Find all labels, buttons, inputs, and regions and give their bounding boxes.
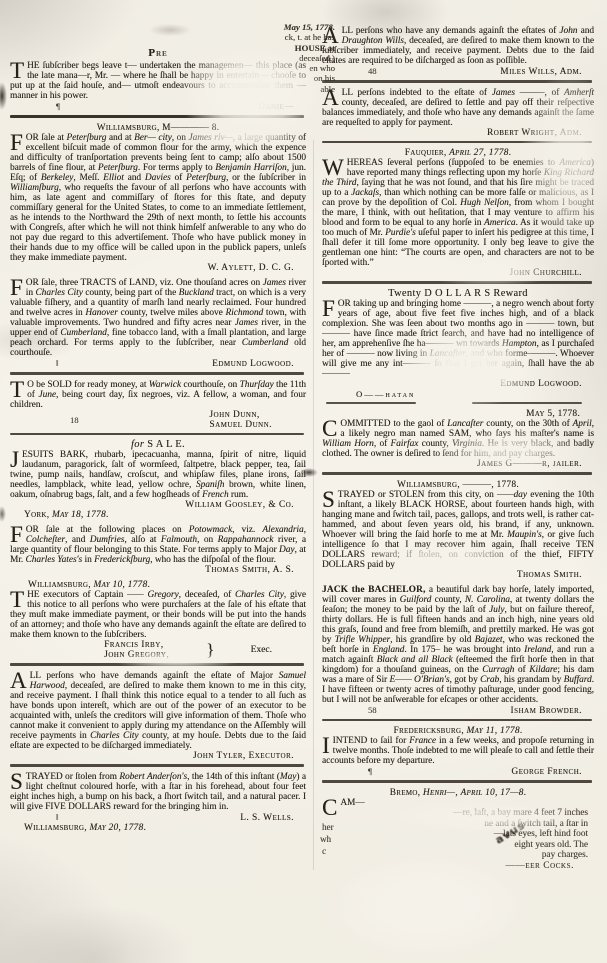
dateline: Williamsburg, M———— 8. xyxy=(10,123,306,133)
signature-row: Edmund Logwood. xyxy=(322,379,594,389)
printer-mark: ¶ xyxy=(56,101,60,111)
fragment-line: en who xyxy=(233,63,335,73)
ad-potowmack-flour: FOR ſale at the following places on Poto… xyxy=(10,525,306,575)
ad-text: a beautiful dark bay horſe, lately impor… xyxy=(322,585,594,705)
signature-row: William Goosley, & Co. xyxy=(10,500,306,510)
ad-text: OR ſale, three TRACTS of LAND, viz. One … xyxy=(10,278,306,358)
ad-header: for S A L E. xyxy=(10,440,306,450)
column-fold-line xyxy=(313,140,314,870)
signature: Thomas Smith, A. S. xyxy=(205,565,294,575)
ad-body: ALL perſons indebted to the eſtate of Ja… xyxy=(322,88,594,128)
faded-line: pay charges. xyxy=(322,850,588,861)
signature-row: James G———r, jailer. xyxy=(322,459,594,469)
signature: Edmund Logwood. xyxy=(500,379,582,389)
section-rule xyxy=(322,402,594,404)
dateline: May 5, 1778. xyxy=(322,409,594,419)
section-rule xyxy=(322,780,592,783)
signature: George French. xyxy=(511,767,582,777)
newspaper-page: May 15, 1778. ck, t. at he has HOUSE at … xyxy=(0,0,607,963)
ad-body: JACK the BACHELOR, a beautiful dark bay … xyxy=(322,585,594,705)
ad-text: LL perſons who have any demands againſt … xyxy=(322,26,594,66)
drop-cap: F xyxy=(10,133,26,152)
drop-cap: J xyxy=(10,450,22,469)
signature: Robert Wright, Adm. xyxy=(487,128,582,138)
ad-text: LL perſons who have demands againſt the … xyxy=(10,671,306,751)
signature-row: Thomas Smith. xyxy=(322,570,594,580)
signature: James G———r, jailer. xyxy=(477,459,582,469)
fragment-line: May 15, 1778. xyxy=(233,22,335,32)
dateline: York, May 18, 1778. xyxy=(10,510,306,520)
ad-body: COMMITTED to the gaol of Lancaſter count… xyxy=(322,419,594,459)
right-column: ALL perſons who have any demands againſt… xyxy=(322,26,594,876)
ad-body: CAM— xyxy=(322,798,594,808)
drop-cap: T xyxy=(10,590,27,609)
signature-row: ¶Danie— xyxy=(10,101,306,112)
ad-body: ALL perſons who have demands againſt the… xyxy=(10,671,306,751)
ad-body: THE executors of Captain —— Gregory, dec… xyxy=(10,590,306,640)
drop-cap: F xyxy=(322,299,338,318)
torn-fragment: May 15, 1778. ck, t. at he has HOUSE at … xyxy=(233,22,335,94)
ad-amherst-estate: ALL perſons indebted to the eſtate of Ja… xyxy=(322,88,594,144)
faded-line: —lats eyes, left hind foot xyxy=(322,829,588,840)
ad-strayed-chestnut-horse: STRAYED or ſtolen from Robert Anderſon's… xyxy=(10,772,306,833)
signature: Samuel Dunn. xyxy=(209,420,272,430)
signature: Thomas Smith. xyxy=(517,570,582,580)
ad-body: WHEREAS ſeveral perſons (ſuppoſed to be … xyxy=(322,158,594,268)
drop-cap: F xyxy=(10,278,26,297)
rule-segment xyxy=(326,402,416,404)
ad-text: OR taking up and bringing home ———, a ne… xyxy=(322,299,594,379)
section-rule xyxy=(322,141,592,144)
signature-row: Francis Irby, John Gregory, } Exec. xyxy=(10,640,306,660)
ad-text: TRAYED or ſtolen from Robert Anderſon's,… xyxy=(10,772,306,812)
printer-mark: ¶ xyxy=(368,766,372,776)
signature-row: ¶George French. xyxy=(322,766,594,777)
fragment-line: on his xyxy=(233,73,335,83)
ad-text: O be SOLD for ready money, at Warwick co… xyxy=(10,380,306,410)
faded-fragment: wh xyxy=(320,834,331,844)
rule-segment xyxy=(472,402,582,404)
ad-harwood-estate: ALL perſons who have demands againſt the… xyxy=(10,671,306,767)
ad-text: HEREAS ſeveral perſons (ſuppoſed to be e… xyxy=(322,158,594,268)
ad-body: FOR ſale at the following places on Poto… xyxy=(10,525,306,565)
signature-row: 18 John Dunn, Samuel Dunn. xyxy=(10,410,306,430)
drop-cap: W xyxy=(322,158,347,177)
fragment-line: able xyxy=(233,84,335,94)
drop-cap: C xyxy=(322,419,340,438)
ad-body: FOR ſale at Peterſburg and at Ber— city,… xyxy=(10,133,306,263)
left-column: PRE THE ſubſcriber begs leave t— underta… xyxy=(10,48,306,838)
ad-text: OR ſale at Peterſburg and at Ber— city, … xyxy=(10,133,306,263)
dateline: Williamsburg, ———, 1778. xyxy=(322,480,594,490)
faded-line: —re, laſt, a bay mare 4 feet 7 inches xyxy=(322,808,588,819)
dateline: Williamsburg, May 10, 1778. xyxy=(10,580,306,590)
drop-cap: A xyxy=(10,671,30,690)
ad-wills-estates: ALL perſons who have any demands againſt… xyxy=(322,26,594,83)
ad-body: STRAYED or ſtolen from Robert Anderſon's… xyxy=(10,772,306,812)
ad-strayed-black-horse: Williamsburg, ———, 1778. STRAYED or STOL… xyxy=(322,480,594,580)
ad-text: INTEND to ſail for France in a few weeks… xyxy=(322,736,594,766)
signature-row: ‖Edmund Logwood. xyxy=(10,358,306,369)
signature: John Churchill. xyxy=(509,268,582,278)
signature: L. S. Wells. xyxy=(240,813,294,823)
section-rule xyxy=(322,719,592,722)
drop-cap: T xyxy=(10,61,27,80)
ad-body: ALL perſons who have any demands againſt… xyxy=(322,26,594,66)
drop-cap: T xyxy=(10,380,27,399)
section-rule xyxy=(10,663,304,666)
ad-gregory-executors: Williamsburg, May 10, 1778. THE executor… xyxy=(10,580,306,666)
signature-suffix: Exec. xyxy=(251,645,272,655)
signature-row: 58Isham Browder. xyxy=(322,705,594,716)
signature: Francis Irby, xyxy=(104,640,169,650)
ad-text: OMMITTED to the gaol of Lancaſter county… xyxy=(322,419,594,459)
ad-header: Twenty D O L L A R S Reward xyxy=(322,289,594,299)
fragment-line: HOUSE at xyxy=(233,43,335,53)
dateline: Williamsburg, May 20, 1778. xyxy=(10,823,306,833)
printer-mark: ‖ xyxy=(56,358,58,368)
ad-body: FOR ſale, three TRACTS of LAND, viz. One… xyxy=(10,278,306,358)
faded-line: eight years old. The xyxy=(322,840,588,851)
ad-text: TRAYED or STOLEN from this city, on ——da… xyxy=(322,490,594,570)
signature: Miles Wills, Adm. xyxy=(500,67,582,77)
section-rule xyxy=(322,472,592,475)
signature: John Tyler, Executor. xyxy=(193,751,294,761)
signature: William Goosley, & Co. xyxy=(185,500,294,510)
section-rule xyxy=(10,372,304,375)
signature-row: ‖L. S. Wells. xyxy=(10,812,306,823)
county-line: O——hatan xyxy=(322,389,594,399)
signatures: Francis Irby, John Gregory, xyxy=(104,640,169,660)
signature: Danie— xyxy=(258,102,294,112)
fragment-line: ck, t. at he has xyxy=(233,32,335,42)
ad-text: HE executors of Captain —— Gregory, dece… xyxy=(10,590,306,640)
signature-row: John Churchill. xyxy=(322,268,594,278)
faded-line: ne and a ſwitch tail, a ſtar in xyxy=(322,819,588,830)
masthead-tail: RE xyxy=(156,50,168,58)
ad-jack-the-bachelor: JACK the BACHELOR, a beautiful dark bay … xyxy=(322,585,594,722)
drop-cap: F xyxy=(10,525,26,544)
ad-text: ESUITS BARK, rhubarb, ipecacuanha, manna… xyxy=(10,450,306,500)
faded-fragment: her xyxy=(322,822,334,832)
ad-twenty-dollars-reward: Twenty D O L L A R S Reward FOR taking u… xyxy=(322,289,594,404)
signature: ——eer Cocks. xyxy=(322,861,594,871)
faded-fragment: c xyxy=(322,846,326,856)
dateline: Bremo, Henri—, April 10, 17—8. xyxy=(322,788,594,798)
ad-jesuits-bark-goods: for S A L E. JESUITS BARK, rhubarb, ipec… xyxy=(10,440,306,520)
ad-bremo-stray-mare: Bremo, Henri—, April 10, 17—8. CAM— —re,… xyxy=(322,788,594,871)
printer-mark: 58 xyxy=(368,705,377,715)
signature-row: Thomas Smith, A. S. xyxy=(10,565,306,575)
ad-text: LL perſons indebted to the eſtate of Jam… xyxy=(322,88,594,128)
ad-body: TO be SOLD for ready money, at Warwick c… xyxy=(10,380,306,410)
ink-smudge xyxy=(0,506,6,522)
section-rule xyxy=(322,80,592,83)
drop-cap: C xyxy=(322,798,340,817)
ad-text: OR ſale at the following places on Potow… xyxy=(10,525,306,565)
ad-biscuit-flour-sale: Williamsburg, M———— 8. FOR ſale at Peter… xyxy=(10,123,306,273)
signatures: John Dunn, Samuel Dunn. xyxy=(209,410,272,430)
printer-mark: 48 xyxy=(368,66,377,76)
ad-three-tracts-of-land: FOR ſale, three TRACTS of LAND, viz. One… xyxy=(10,278,306,375)
section-rule xyxy=(10,115,304,118)
signature: Edmund Logwood. xyxy=(212,359,294,369)
ad-body: STRAYED or STOLEN from this city, on ——d… xyxy=(322,490,594,570)
masthead-letter: P xyxy=(148,47,156,59)
ad-body: IINTEND to ſail for France in a few week… xyxy=(322,736,594,766)
drop-cap: S xyxy=(322,490,338,509)
drop-cap: I xyxy=(322,736,333,755)
ad-body: JESUITS BARK, rhubarb, ipecacuanha, mann… xyxy=(10,450,306,500)
ad-body: FOR taking up and bringing home ———, a n… xyxy=(322,299,594,379)
signature-row: W. Aylett, D. C. G. xyxy=(10,263,306,273)
ad-lead: JACK the BACHELOR, xyxy=(322,585,426,595)
signature: John Dunn, xyxy=(209,410,272,420)
signature: John Gregory, xyxy=(104,650,169,660)
ad-sail-for-france: Fredericksburg, May 11, 1778. IINTEND to… xyxy=(322,726,594,783)
signature: Isham Browder. xyxy=(510,706,582,716)
ink-smudge xyxy=(0,82,7,110)
dateline: Fauquier, April 27, 1778. xyxy=(322,148,594,158)
signature: W. Aylett, D. C. G. xyxy=(208,263,294,273)
signature-row: John Tyler, Executor. xyxy=(10,751,306,761)
fragment-line: deceaſed.) xyxy=(233,53,335,63)
signature-row: 48Miles Wills, Adm. xyxy=(322,66,594,77)
ad-king-richard-horse: Fauquier, April 27, 1778. WHEREAS ſevera… xyxy=(322,148,594,284)
ad-committed-to-gaol: May 5, 1778. COMMITTED to the gaol of La… xyxy=(322,409,594,475)
dateline: Fredericksburg, May 11, 1778. xyxy=(322,726,594,736)
signature-row: Robert Wright, Adm. xyxy=(322,128,594,138)
section-rule xyxy=(10,433,304,436)
brace-glyph: } xyxy=(206,642,214,658)
ad-warwick-courthouse-sale: TO be SOLD for ready money, at Warwick c… xyxy=(10,380,306,436)
section-rule xyxy=(10,764,304,767)
section-rule xyxy=(322,281,592,284)
printer-mark: 18 xyxy=(70,415,79,425)
printer-mark: ‖ xyxy=(56,812,58,822)
ad-lead: AM— xyxy=(340,798,364,808)
drop-cap: S xyxy=(10,772,26,791)
faded-lines: —re, laſt, a bay mare 4 feet 7 inches ne… xyxy=(322,808,594,861)
